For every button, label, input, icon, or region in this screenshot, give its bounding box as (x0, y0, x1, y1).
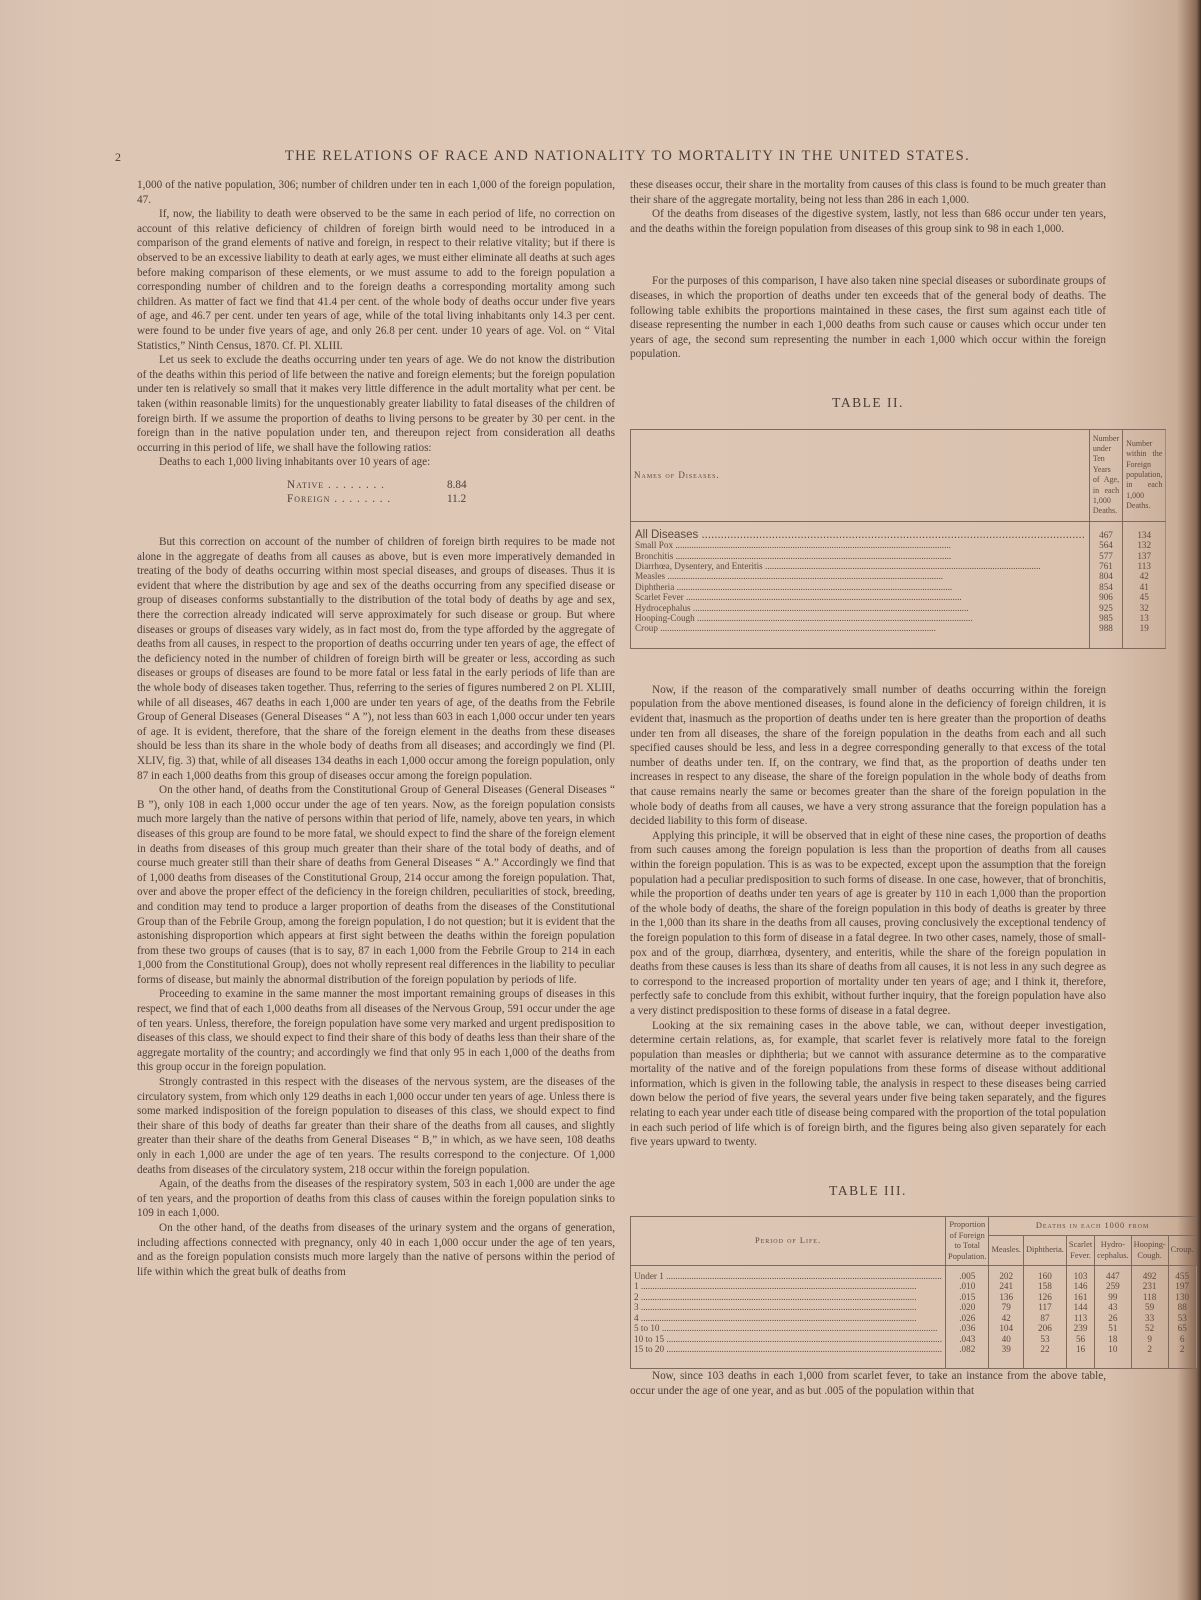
header-scarlet-fever: Scarlet Fever. (1066, 1236, 1094, 1266)
header-hooping-cough: Hooping-Cough. (1131, 1236, 1168, 1266)
header-under-ten: Number under Ten Years of Age, in each 1… (1089, 429, 1122, 521)
header-measles: Measles. (989, 1236, 1024, 1266)
table-row: Hooping-Cough98513 (631, 613, 1166, 623)
table-row: 1.010 241158146259231197 (631, 1281, 1197, 1291)
right-column: these diseases occur, their share in the… (630, 178, 1106, 1399)
header-diphtheria: Diphtheria. (1023, 1236, 1066, 1266)
paragraph: For the purposes of this comparison, I h… (630, 274, 1106, 362)
table-3-title: TABLE III. (630, 1184, 1106, 1199)
paragraph: If, now, the liability to death were obs… (137, 207, 615, 353)
table-row: Bronchitis577137 (631, 551, 1166, 561)
table-row: 15 to 20.082 3922161022 (631, 1344, 1197, 1369)
paragraph: Strongly contrasted in this respect with… (137, 1075, 615, 1177)
spacer (630, 236, 1106, 274)
table-row: 2.015 13612616199118130 (631, 1292, 1197, 1302)
table-row: 4.026 4287113263353 (631, 1313, 1197, 1323)
paragraph: Applying this principle, it will be obse… (630, 829, 1106, 1019)
table-row: Small Pox564132 (631, 540, 1166, 550)
paragraph: Now, since 103 deaths in each 1,000 from… (630, 1369, 1106, 1398)
header-deaths-group: Deaths in each 1000 from (989, 1217, 1196, 1236)
table-row: Hydrocephalus92532 (631, 603, 1166, 613)
table-row: Under 1.005 202160103447492455 (631, 1266, 1197, 1282)
ratio-value: 11.2 (447, 492, 466, 507)
ratios-block: Native . . . . . . . . 8.84 Foreign . . … (137, 478, 615, 507)
table-row: Diarrhœa, Dysentery, and Enteritis761113 (631, 561, 1166, 571)
header-foreign: Number within the Foreign population, in… (1123, 429, 1166, 521)
table-row: 3.020 79117144435988 (631, 1302, 1197, 1312)
ratio-label: Native . . . . . . . . (287, 478, 447, 493)
spacer (630, 649, 1106, 683)
ratio-native: Native . . . . . . . . 8.84 (287, 478, 487, 493)
table-row: Scarlet Fever90645 (631, 592, 1166, 602)
header-croup: Croup. (1168, 1236, 1196, 1266)
table-row: 5 to 10.036 104206239515265 (631, 1323, 1197, 1333)
paragraph: On the other hand, of deaths from the Co… (137, 783, 615, 987)
paragraph: On the other hand, of the deaths from di… (137, 1221, 615, 1279)
paragraph: Looking at the six remaining cases in th… (630, 1019, 1106, 1150)
table-row: Measles80442 (631, 571, 1166, 581)
paragraph: Deaths to each 1,000 living inhabitants … (137, 455, 615, 470)
paragraph: Let us seek to exclude the deaths occurr… (137, 353, 615, 455)
paragraph: But this correction on account of the nu… (137, 535, 615, 783)
paragraph: these diseases occur, their share in the… (630, 178, 1106, 207)
header-names: Names of Diseases. (631, 429, 1090, 521)
table-row: Diphtheria85441 (631, 582, 1166, 592)
ratio-foreign: Foreign . . . . . . . . 11.2 (287, 492, 487, 507)
ratio-label: Foreign . . . . . . . . (287, 492, 447, 507)
paragraph: Again, of the deaths from the diseases o… (137, 1177, 615, 1221)
paragraph: 1,000 of the native population, 306; num… (137, 178, 615, 207)
header-proportion: Proportion of Foreign to Total Populatio… (946, 1217, 989, 1266)
page-header: 2 THE RELATIONS OF RACE AND NATIONALITY … (115, 148, 1100, 168)
table-row: All Diseases467134 (631, 521, 1166, 540)
table-2-title: TABLE II. (630, 396, 1106, 411)
table-row: Croup98819 (631, 623, 1166, 648)
table-2: Names of Diseases. Number under Ten Year… (630, 429, 1166, 649)
table-3: Period of Life. Proportion of Foreign to… (630, 1216, 1197, 1369)
paragraph: Of the deaths from diseases of the diges… (630, 207, 1106, 236)
paragraph: Proceeding to examine in the same manner… (137, 987, 615, 1075)
table-row: 10 to 15.043 4053561896 (631, 1334, 1197, 1344)
paragraph: Now, if the reason of the comparatively … (630, 683, 1106, 829)
header-hydrocephalus: Hydro-cephalus. (1095, 1236, 1131, 1266)
running-title: THE RELATIONS OF RACE AND NATIONALITY TO… (115, 148, 1100, 165)
ratio-value: 8.84 (447, 478, 467, 493)
header-period: Period of Life. (631, 1217, 946, 1266)
left-column: 1,000 of the native population, 306; num… (137, 178, 615, 1279)
